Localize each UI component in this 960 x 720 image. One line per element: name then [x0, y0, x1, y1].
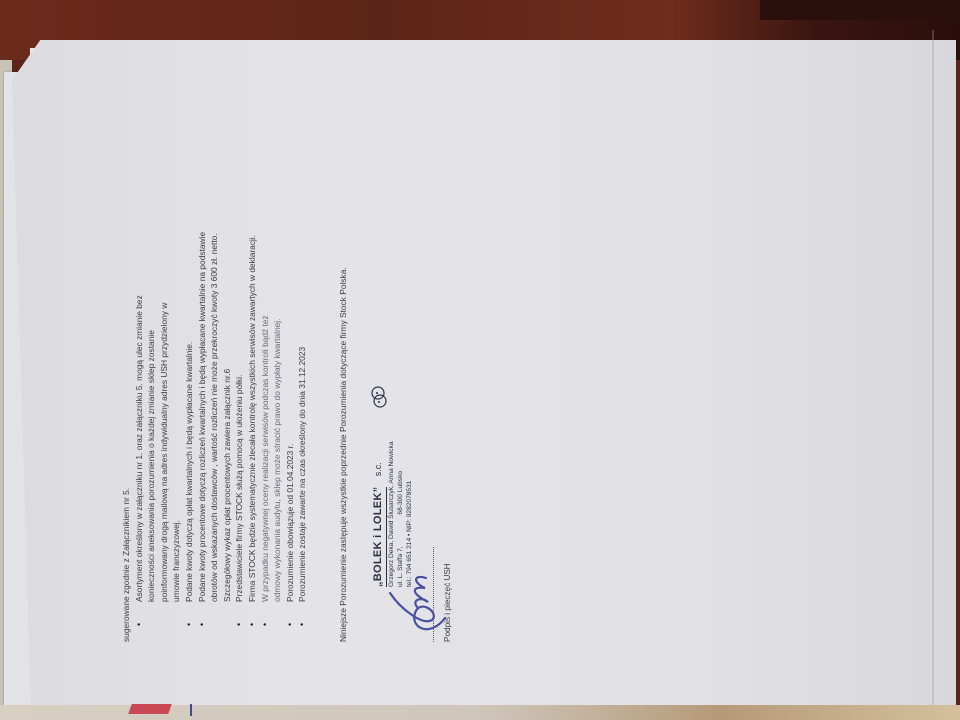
list-item: odmowy wykonania audytu, sklep może stra…: [271, 122, 284, 642]
list-item: Firma STOCK będzie systematycznie zlecał…: [246, 122, 259, 642]
stamp-address: ul. L. Staffa 7, 68-300 Lubsko: [396, 377, 405, 587]
list-item: umowie franczyzowej.: [170, 122, 183, 642]
list-item: Podane kwoty procentowe dotyczą rozlicze…: [196, 122, 209, 642]
intro-line: sugerowane zgodnie z Załącznikiem nr 5.: [120, 122, 133, 642]
stamp-contact: tel.: 794 651 214 • NIP: 9282078531: [405, 377, 414, 587]
list-item: obrotów od wskazanych dostawców , wartoś…: [208, 122, 221, 642]
blue-mark: [190, 704, 202, 716]
red-object: [128, 704, 172, 714]
stamp-company-suffix: s.c.: [373, 462, 383, 476]
list-item: konieczności aneksowania porozumienia o …: [145, 122, 158, 642]
signature-caption: Podpis i pieczęć USH: [442, 563, 455, 642]
list-item: W przypadku negatywnej oceny realizacji …: [259, 122, 272, 642]
document-text-block: sugerowane zgodnie z Załącznikiem nr 5. …: [120, 122, 460, 642]
list-item: Podane kwoty dotyczą opłat kwartalnych i…: [183, 122, 196, 642]
list-item: Przedstawiciele firmy STOCK służą pomocą…: [233, 122, 246, 642]
company-stamp: „BOLEK i LOLEK” s.c. Grzegorz Deka, Dawi…: [372, 377, 432, 587]
desk-items: [20, 702, 580, 720]
closing-statement: Niniejsze Porozumienie zastępuje wszystk…: [337, 122, 350, 642]
desk-shadow: [760, 0, 960, 20]
list-item: Szczegółowy wykaz opłat procentowych zaw…: [221, 122, 234, 642]
signature-line: [433, 547, 434, 642]
terms-list: Asortyment określony w załączniku nr 1. …: [133, 122, 309, 642]
list-item: Porozumienie zostaje zawarte na czas okr…: [296, 122, 309, 642]
list-item: poinformowany drogą mailową na adres ind…: [158, 122, 171, 642]
list-item: Asortyment określony w załączniku nr 1. …: [133, 122, 146, 642]
cartoon-logo-icon: [368, 385, 390, 409]
stamp-company: „BOLEK i LOLEK”: [372, 487, 387, 587]
list-item: Porozumienie obowiązuje od 01.04.2023 r.: [284, 122, 297, 642]
page-edge-line: [932, 30, 934, 710]
